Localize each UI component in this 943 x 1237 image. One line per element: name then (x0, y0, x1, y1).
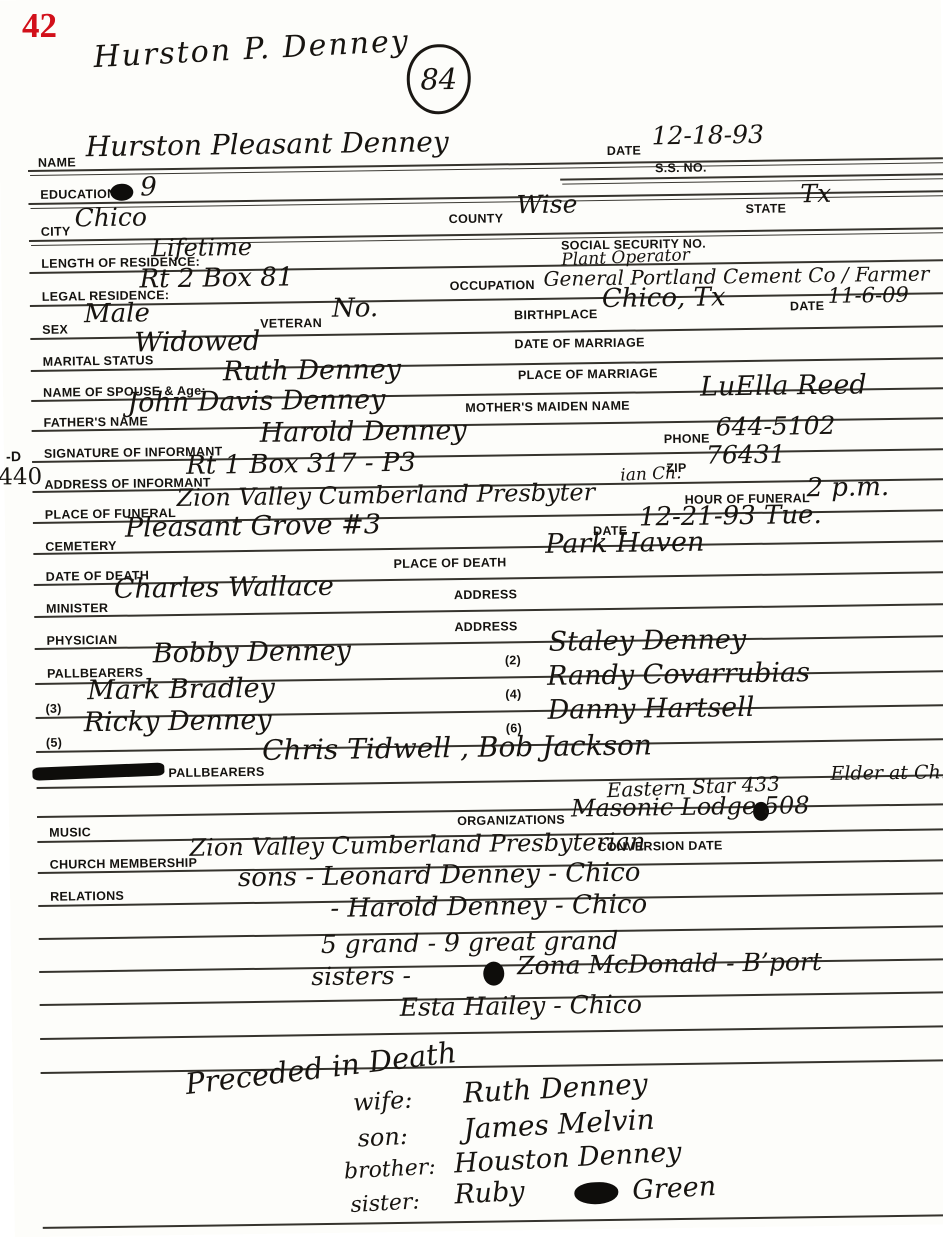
physician-address-label: ADDRESS (454, 619, 517, 634)
church-membership-value: Zion Valley Cumberland Presbyterian (189, 829, 645, 859)
birth-date-label: DATE (790, 299, 825, 313)
relations-label: RELATIONS (50, 889, 124, 904)
organizations-note-2: Elder at Ch. (830, 763, 943, 784)
date-label: DATE (607, 143, 642, 157)
cemetery-label: CEMETERY (45, 539, 117, 554)
name-value: Hurston Pleasant Denney (85, 128, 448, 161)
relations-line-1: sons - Leonard Denney - Chico (238, 860, 641, 892)
legal-residence-value: Rt 2 Box 81 (139, 264, 293, 292)
mothers-maiden-name-label: MOTHER'S MAIDEN NAME (465, 399, 630, 415)
minister-label: MINISTER (46, 601, 108, 616)
address-of-informant-value: Rt 1 Box 317 - P3 (186, 450, 416, 479)
city-label: CITY (41, 224, 71, 238)
occupation-label: OCCUPATION (450, 278, 535, 293)
pallbearer-2-label: (2) (505, 653, 521, 667)
ink-blot (483, 961, 504, 985)
margin-note-1: -D (6, 448, 22, 464)
relations-line-4a: sisters - (311, 963, 411, 989)
margin-note-2: 440 (0, 466, 42, 490)
honorary-pallbearers-label: PALLBEARERS (168, 765, 264, 780)
phone-label: PHONE (664, 432, 710, 447)
birthplace-label: BIRTHPLACE (514, 307, 598, 322)
preceded-son-label: son: (357, 1124, 408, 1151)
county-label: COUNTY (449, 211, 504, 226)
cemetery-value: Pleasant Grove #3 (125, 511, 381, 542)
preceded-brother-label: brother: (343, 1157, 436, 1184)
circled-age: 84 (406, 44, 471, 115)
city-value: Chico (74, 204, 147, 230)
form-rule (40, 1025, 943, 1040)
pallbearer-4-label: (4) (505, 687, 521, 701)
circled-age-value: 84 (420, 65, 457, 95)
preceded-sister-label: sister: (350, 1191, 420, 1217)
veteran-label: VETERAN (260, 316, 322, 331)
organizations-value: Masonic Lodge 508 (571, 793, 810, 820)
minister-value: Charles Wallace (114, 573, 334, 603)
form-rule (34, 603, 943, 618)
minister-address-label: ADDRESS (454, 587, 517, 602)
zip-value: 76431 (706, 441, 786, 467)
name-label: NAME (38, 155, 76, 170)
mothers-maiden-name-value: LuElla Reed (700, 371, 867, 400)
pallbearer-5-value: Ricky Denney (84, 707, 272, 737)
preceded-sister-value-2: Green (632, 1173, 717, 1204)
music-label: MUSIC (49, 825, 91, 840)
sex-value: Male (84, 300, 150, 327)
church-membership-label: CHURCH MEMBERSHIP (50, 856, 198, 872)
ss-no-label: S.S. NO. (655, 161, 707, 176)
spouse-value: Ruth Denney (223, 356, 402, 385)
relations-line-4b: Zona McDonald - B’port (517, 949, 822, 978)
preceded-sister-value: Ruby (454, 1178, 526, 1209)
length-of-residence-value: Lifetime (151, 235, 252, 260)
ink-blot (110, 184, 133, 201)
pallbearer-4-value: Randy Covarrubias (547, 659, 810, 690)
pallbearer-3-value: Mark Bradley (87, 675, 275, 705)
form-rule (41, 1059, 943, 1074)
honorary-pallbearers-value: Chris Tidwell , Bob Jackson (262, 731, 652, 764)
form-rule (560, 173, 943, 180)
fathers-name-value: John Davis Denney (127, 386, 386, 417)
relations-line-5: Esta Hailey - Chico (400, 992, 643, 1020)
place-of-death-label: PLACE OF DEATH (393, 555, 506, 571)
date-of-marriage-label: DATE OF MARRIAGE (514, 335, 644, 351)
education-label: EDUCATION: (40, 187, 121, 202)
redaction-scribble (32, 762, 164, 780)
page-number: 42 (22, 6, 57, 46)
marital-status-value: Widowed (134, 328, 260, 357)
ink-blot (574, 1182, 618, 1205)
form-rule (43, 1214, 943, 1229)
pallbearer-3-label: (3) (45, 702, 61, 716)
birth-date-value: 11-6-09 (828, 285, 909, 307)
form-sheet: Hurston P. Denney 84 NAME Hurston Pleasa… (0, 0, 943, 1237)
preceded-son-value: James Melvin (463, 1106, 656, 1144)
place-of-funeral-value-superscript: ian Ch. (620, 465, 682, 484)
state-value: Tx (800, 181, 831, 206)
scanned-funeral-record-page: { "page_number": "42", "header": { "writ… (0, 0, 943, 1237)
pallbearer-2-value: Staley Denney (548, 626, 746, 656)
organizations-label: ORGANIZATIONS (457, 813, 565, 829)
place-of-funeral-value: Zion Valley Cumberland Presbyter (176, 480, 595, 510)
relations-line-2: - Harold Denney - Chico (330, 891, 647, 921)
physician-label: PHYSICIAN (46, 633, 117, 648)
header-written-name: Hurston P. Denney (93, 27, 411, 74)
birthplace-value: Chico, Tx (602, 284, 726, 312)
county-value: Wise (516, 191, 577, 217)
sex-label: SEX (42, 322, 68, 336)
pallbearer-1-value: Bobby Denney (153, 638, 351, 668)
signature-of-informant-value: Harold Denney (260, 417, 467, 447)
place-of-death-value: Park Haven (545, 529, 705, 558)
hour-of-funeral-value: 2 p.m. (806, 474, 889, 501)
preceded-in-death-title: Preceded in Death (184, 1038, 458, 1099)
pallbearer-6-value: Danny Hartsell (547, 694, 754, 724)
pallbearer-5-label: (5) (46, 736, 62, 750)
phone-value: 644-5102 (715, 413, 835, 440)
place-of-marriage-label: PLACE OF MARRIAGE (518, 366, 658, 382)
education-value: 9 (140, 174, 157, 200)
date-value: 12-18-93 (651, 122, 764, 149)
state-label: STATE (746, 201, 787, 216)
preceded-wife-value: Ruth Denney (462, 1070, 648, 1108)
veteran-value: No. (332, 295, 379, 322)
preceded-wife-label: wife: (352, 1088, 413, 1115)
